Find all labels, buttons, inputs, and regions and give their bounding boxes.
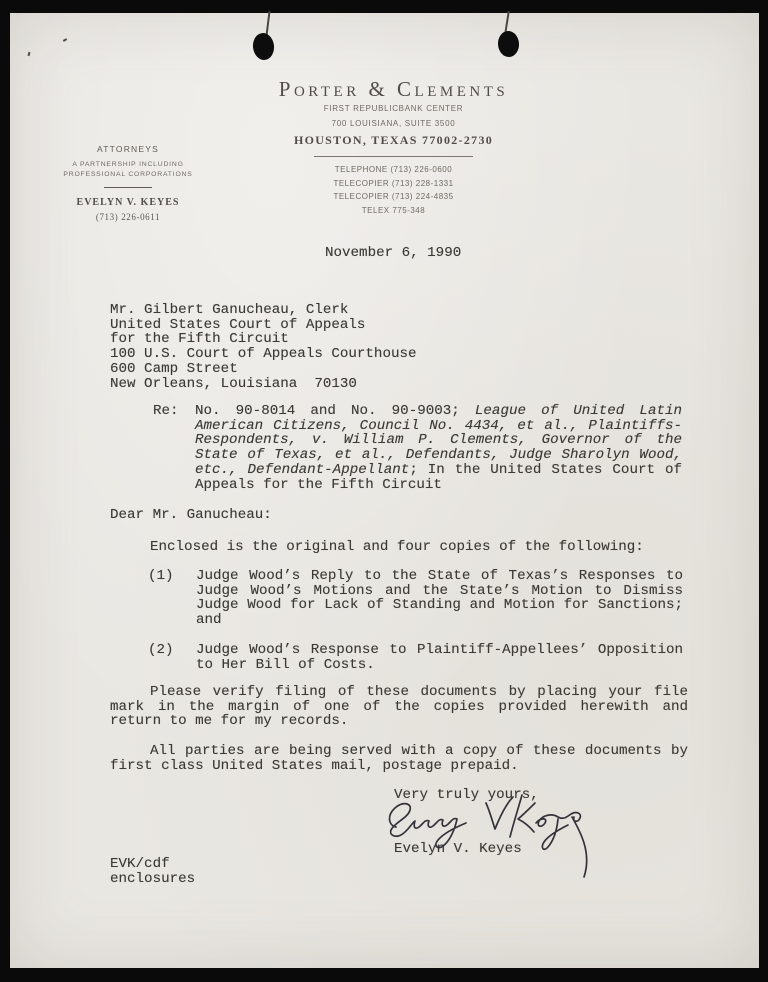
recipient-line: Mr. Gilbert Ganucheau, Clerk — [110, 303, 417, 318]
enclosure-item-2: (2) Judge Wood’s Response to Plaintiff-A… — [196, 643, 683, 672]
letterhead-divider-rule — [314, 156, 473, 157]
service-paragraph: All parties are being served with a copy… — [110, 744, 688, 773]
signature-stroke-tail — [572, 817, 587, 877]
firm-building: FIRST REPUBLICBANK CENTER — [19, 102, 768, 115]
recipient-line: 100 U.S. Court of Appeals Courthouse — [110, 347, 417, 362]
signature-stroke-middle-initial — [486, 797, 513, 829]
scan-background: { "letterhead": { "firm_name": "Porter &… — [0, 0, 768, 982]
item-line: Judge Wood’s Response to Plaintiff-Appel… — [196, 643, 683, 658]
re-case-name: League of United Latin — [475, 403, 682, 419]
punch-hole-right — [497, 30, 520, 57]
signature-stroke-slash — [510, 795, 522, 837]
phone-line: TELECOPIER (713) 224-4835 — [19, 190, 768, 204]
item-line: and — [196, 613, 683, 628]
re-court: ; In the United States Court of — [409, 462, 682, 478]
recipient-line: 600 Camp Street — [110, 362, 417, 377]
re-case-name-end: etc., Defendant-Appellant — [195, 462, 409, 478]
salutation: Dear Mr. Ganucheau: — [110, 508, 272, 523]
verify-paragraph: Please verify filing of these documents … — [110, 685, 688, 729]
re-label: Re: — [153, 404, 179, 419]
enclosures-note: enclosures — [110, 872, 195, 887]
firm-city: HOUSTON, TEXAS 77002-2730 — [19, 133, 768, 148]
recipient-line: for the Fifth Circuit — [110, 332, 417, 347]
firm-name: Porter & Clements — [19, 78, 768, 100]
re-subject: No. 90-8014 and No. 90-9003; League of U… — [195, 404, 682, 492]
re-line: Appeals for the Fifth Circuit — [195, 478, 682, 493]
phone-line: TELEPHONE (713) 226-0600 — [19, 163, 768, 177]
item-line: Judge Wood’s Reply to the State of Texas… — [196, 569, 683, 584]
item-number: (1) — [148, 569, 174, 584]
signature-stroke-k — [518, 803, 535, 832]
phone-line: TELECOPIER (713) 228-1331 — [19, 177, 768, 191]
item-number: (2) — [148, 643, 174, 658]
phone-block: TELEPHONE (713) 226-0600 TELECOPIER (713… — [19, 163, 768, 217]
signature — [382, 789, 607, 881]
paragraph-line: All parties are being served with a copy… — [110, 744, 688, 759]
fastener-string-left — [265, 11, 270, 36]
intro-paragraph: Enclosed is the original and four copies… — [110, 540, 688, 555]
paragraph-line: return to me for my records. — [110, 714, 688, 729]
recipient-line: New Orleans, Louisiana 70130 — [110, 377, 417, 392]
enclosure-item-1: (1) Judge Wood’s Reply to the State of T… — [196, 569, 683, 628]
item-line: to Her Bill of Costs. — [196, 658, 683, 673]
re-line: No. 90-8014 and No. 90-9003; League of U… — [195, 404, 682, 419]
punch-hole-left — [252, 32, 276, 61]
footer-block: EVK/cdf enclosures — [110, 857, 195, 886]
letterhead-center-block: Porter & Clements FIRST REPUBLICBANK CEN… — [19, 78, 768, 217]
recipient-address: Mr. Gilbert Ganucheau, Clerk United Stat… — [110, 303, 417, 391]
re-line: Respondents, v. William P. Clements, Gov… — [195, 433, 682, 448]
scan-speck — [28, 52, 31, 56]
re-line: etc., Defendant-Appellant; In the United… — [195, 463, 682, 478]
signature-stroke-y-loop — [542, 819, 568, 849]
re-case-numbers: No. 90-8014 and No. 90-9003; — [195, 403, 475, 419]
reference-initials: EVK/cdf — [110, 857, 195, 872]
firm-street: 700 LOUISIANA, SUITE 3500 — [19, 117, 768, 130]
scan-speck — [63, 38, 67, 42]
item-line: Judge Wood for Lack of Standing and Moti… — [196, 598, 683, 613]
letter-date: November 6, 1990 — [325, 246, 461, 261]
paragraph-line: Please verify filing of these documents … — [110, 685, 688, 700]
signature-stroke-first-name — [389, 804, 466, 848]
paragraph-line: first class United States mail, postage … — [110, 759, 688, 774]
re-line: State of Texas, et al., Defendants, Judg… — [195, 448, 682, 463]
letter-page: ATTORNEYS A PARTNERSHIP INCLUDING PROFES… — [10, 13, 759, 968]
telex-line: TELEX 775-348 — [19, 204, 768, 218]
